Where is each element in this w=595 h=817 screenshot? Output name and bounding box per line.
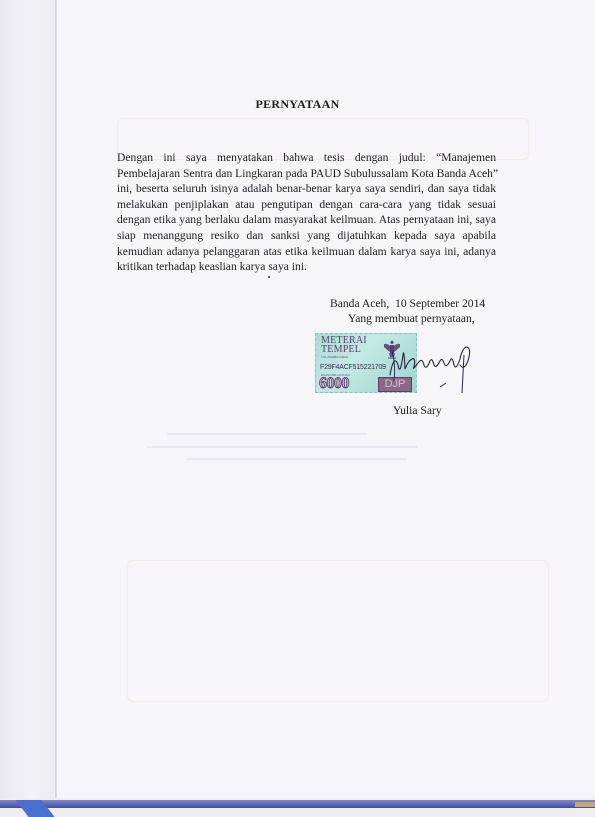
- stamp-title: METERAI TEMPEL: [321, 336, 381, 354]
- bleed-through-mark: [187, 458, 407, 460]
- stamp-subtitle: TGL.PEMBAYARAN: [321, 355, 348, 359]
- paragraph-line: ini, beserta seluruh isinya adalah benar…: [117, 181, 496, 197]
- paragraph-line: kemudian adanya pelanggaran atas etika k…: [117, 244, 496, 260]
- stray-dot: [268, 276, 270, 278]
- stamp-value: 6000: [319, 376, 349, 392]
- place-and-date: Banda Aceh, 10 September 2014: [330, 297, 485, 310]
- document-title: PERNYATAAN: [0, 97, 595, 112]
- paragraph-line: dengan etika yang berlaku dalam masyarak…: [117, 212, 496, 228]
- bleed-through-mark: [147, 446, 417, 448]
- signature: [388, 335, 478, 395]
- bleed-through-mark: [167, 433, 367, 435]
- stamp-title-line2: TEMPEL: [321, 344, 361, 355]
- cover-gold-mark: [575, 802, 595, 807]
- stamp-serial-code: F29F4ACF515221709: [320, 364, 386, 371]
- maker-label: Yang membuat pernyataan,: [348, 312, 475, 325]
- paragraph-line: siap menanggung resiko dan sanksi yang d…: [117, 228, 496, 244]
- paragraph-line: melakukan penjiplakan atau pengutipan de…: [117, 197, 496, 213]
- book-spine-shadow: [0, 0, 54, 800]
- paragraph-line: Pembelajaran Sentra dan Lingkaran pada P…: [117, 166, 496, 182]
- signer-name: Yulia Sary: [393, 404, 442, 417]
- statement-paragraph: Dengan ini saya menyatakan bahwa tesis d…: [117, 150, 496, 275]
- bleed-through-mark: [127, 560, 549, 702]
- book-cover-strip: [0, 800, 595, 808]
- paragraph-line: Dengan ini saya menyatakan bahwa tesis d…: [117, 150, 496, 166]
- paragraph-line: kritikan terhadap keaslian karya saya in…: [117, 259, 496, 275]
- document-page: [57, 0, 595, 798]
